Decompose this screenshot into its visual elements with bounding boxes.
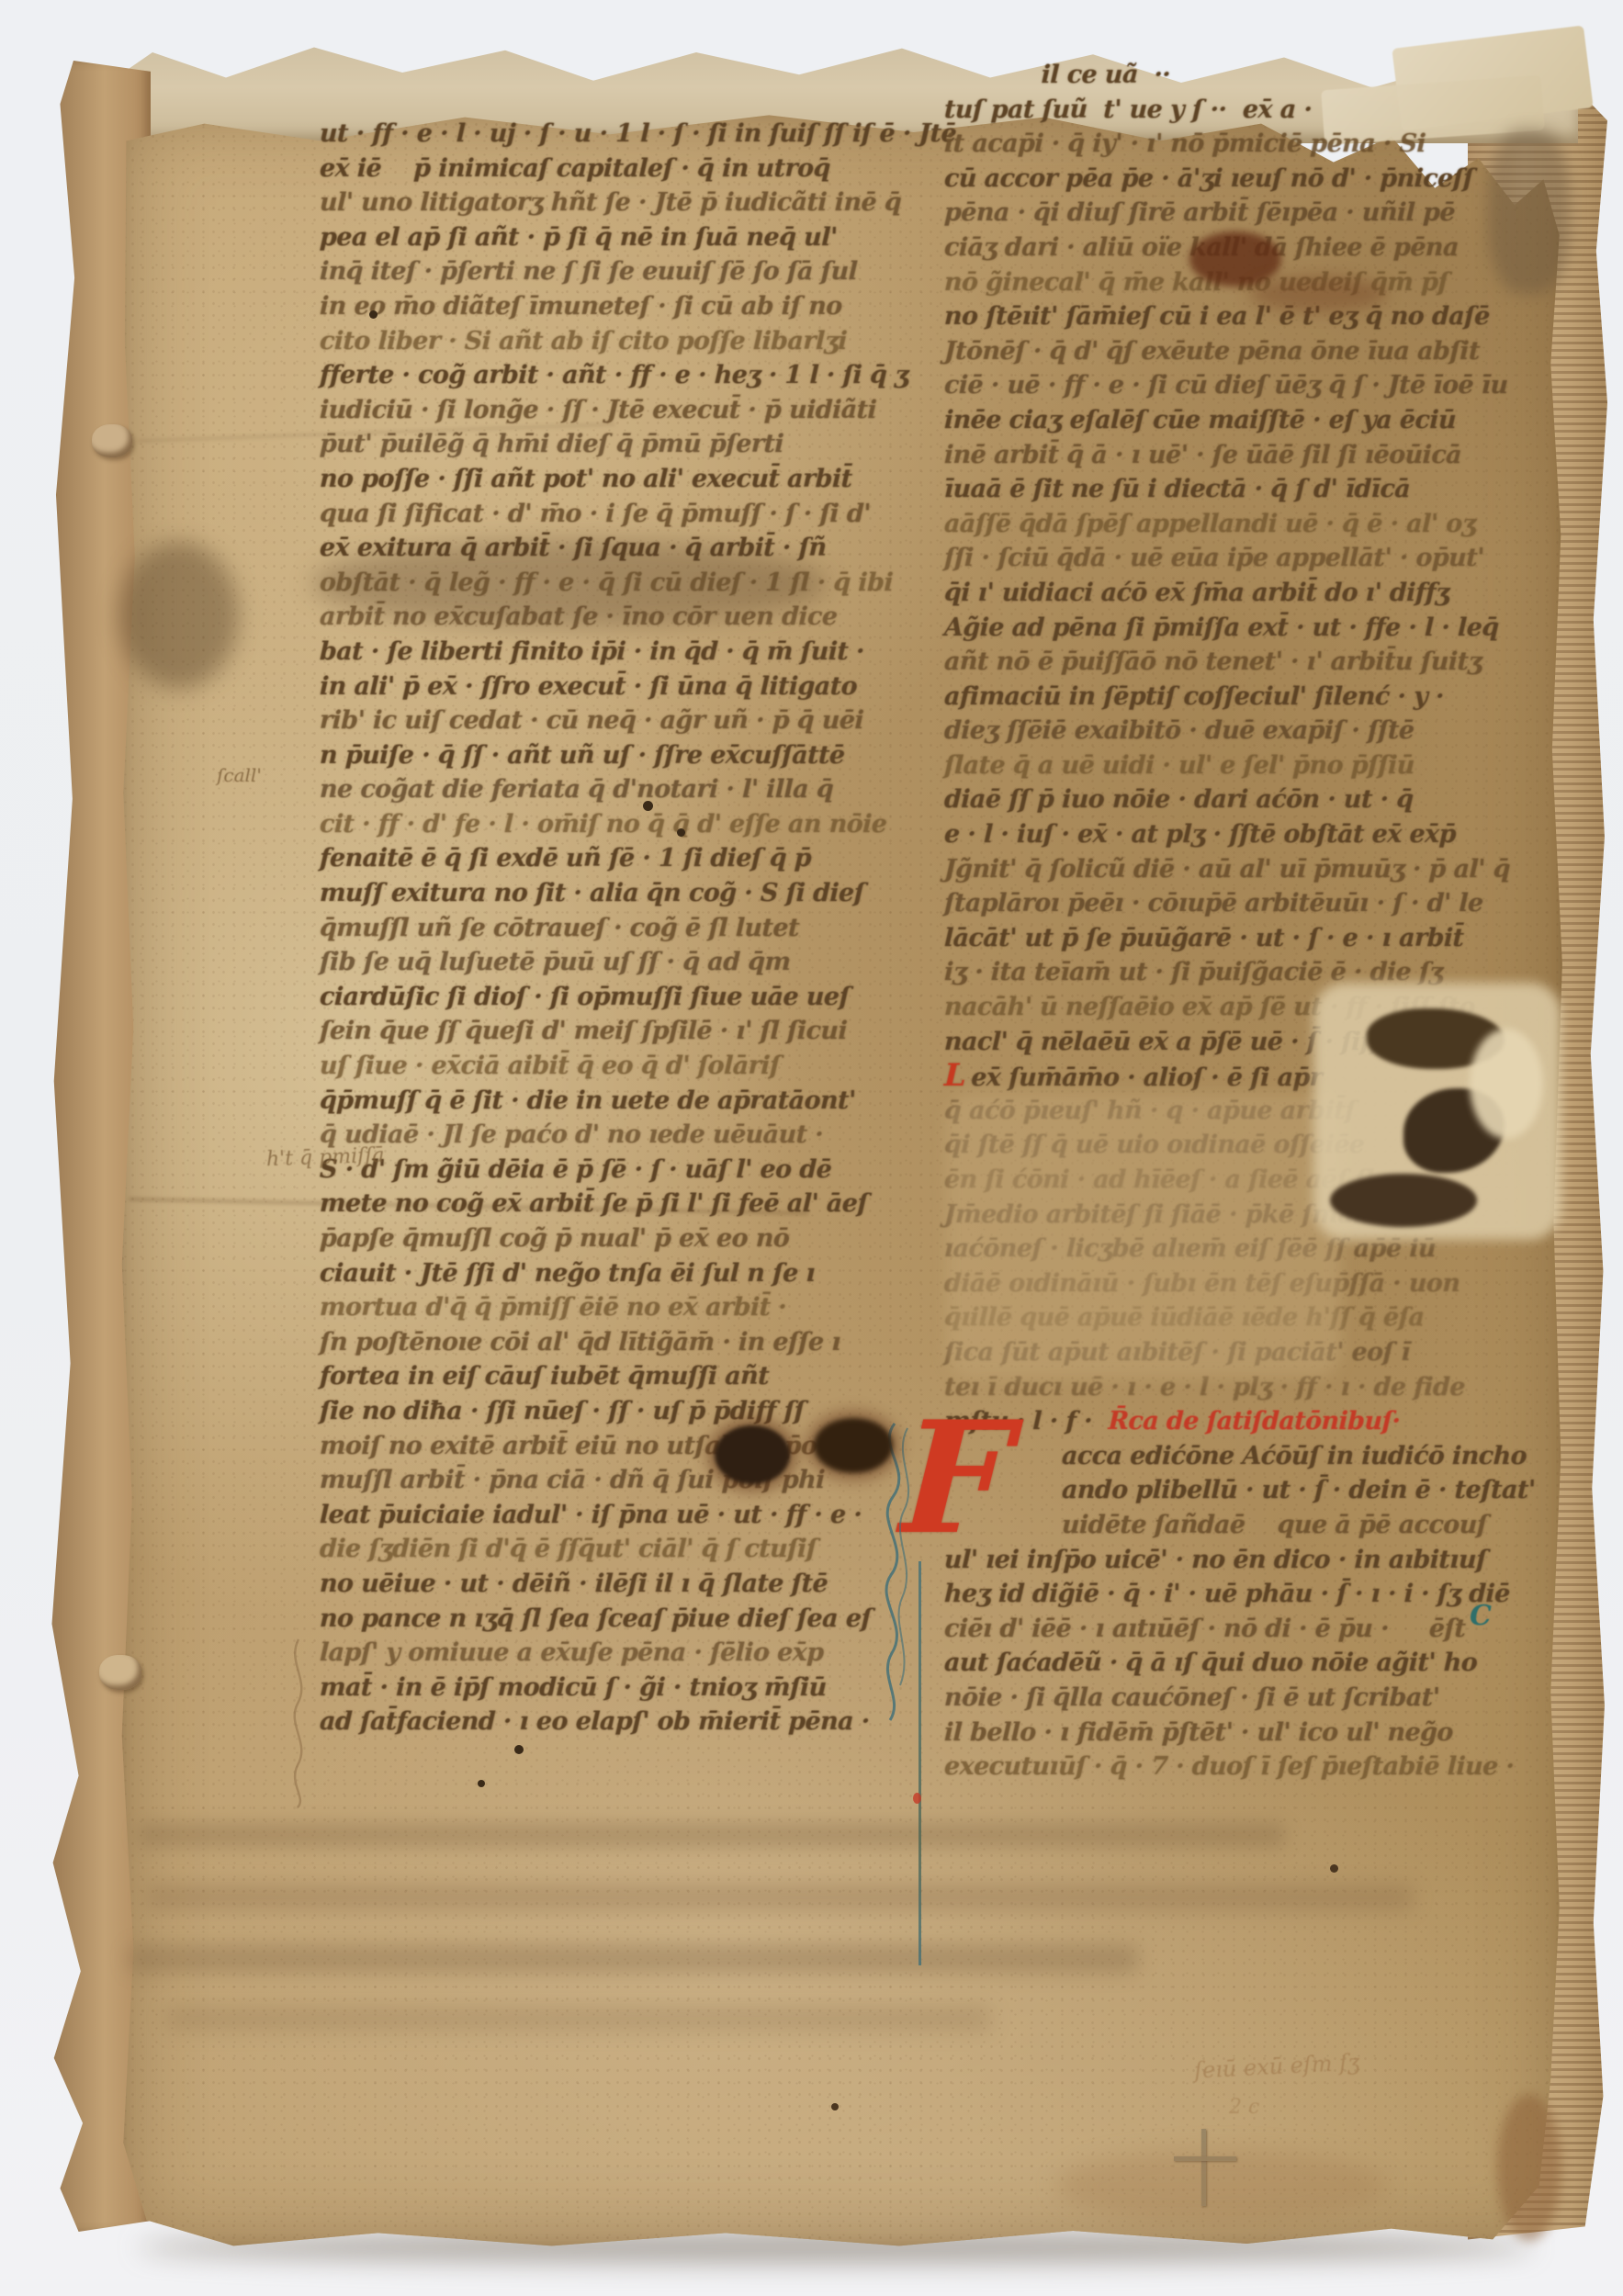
text-line: ciē · uē · ff · e · ſi cū dieſ ūēʒ q̄ ſ … — [943, 368, 1541, 403]
text-line: pea el ap̄ ſi añt · p̄ ſi q̄ nē in ſuā n… — [319, 220, 885, 255]
text-line: muſſ exitura no ſit · alia q̄n cog̃ · S … — [319, 876, 885, 911]
stain — [119, 542, 239, 689]
text-line: añt nō ē p̄uiſſāō nō tenet' · ı' arbit̄u… — [943, 645, 1541, 680]
text-line: diaē ſſ p̄ iuo nōie · dari aćōn · ut · q… — [943, 782, 1541, 817]
text-line: ul' uno litigatorʒ hñt ſe · Jtē p̄ iudic… — [319, 186, 885, 220]
ghost-text-band — [165, 2007, 992, 2031]
text-line: uidēte ſañdaē que ā p̄ē accouſ — [943, 1508, 1541, 1543]
text-line: fortea in eiſ cāuſ iubēt q̄muſſi añt — [319, 1359, 885, 1394]
text-line: il bello · ı fidēm̄ p̄ſtēt' · ul' ico ul… — [943, 1716, 1541, 1750]
text-line: mortua d'q̄ q̄ p̄miſſ ēiē no ex̄ arbit̄ … — [319, 1290, 885, 1325]
edge-stain — [1497, 2094, 1561, 2241]
margin-note-1: ſcall' — [217, 764, 262, 786]
rubric-line: mſtu · l · f · R̄ca de ſatiſdatōnibuſ· — [943, 1404, 1541, 1439]
text-line: q̄p̄muſſ q̄ ē ſit · die in uete de ap̄ra… — [319, 1084, 885, 1119]
stain — [1249, 276, 1387, 312]
text-line: no pance n ıʒq̄ ſl ſea ſceaſ p̄iue dieſ … — [319, 1602, 885, 1637]
text-line: īuaā ē ſit ne ſū i diectā · q̄ ſ d' īdīc… — [943, 472, 1541, 507]
sewing-cord-knot — [92, 424, 132, 457]
text-line: q̄i ı' uidiaci aćō ex̄ ſm̄a arbit̄ do ı'… — [943, 576, 1541, 611]
text-line: pēna · q̄i diuſ ſirē arbit̄ ſēıpēa · uñi… — [943, 196, 1541, 231]
text-line: ciēı d' iēē · ı aıtıūēſ · nō di · ē p̄u … — [943, 1612, 1541, 1647]
bottom-doodle: 2 c — [1229, 2096, 1259, 2119]
rubric-text: R̄ca de ſatiſdatōnibuſ· — [1108, 1407, 1401, 1435]
text-line: mat̄ · in ē ip̄ſ modicū ſ · g̃i · tnioʒ … — [319, 1671, 885, 1705]
text-line: ne cog̃at die feriata q̄ d'notari · l' i… — [319, 772, 885, 807]
text-line: ando plibellū · ut · ſ̄ · dein ē · teſta… — [943, 1473, 1541, 1508]
text-line: qua ſi ſificat · d' m̄o · i ſe q̄ p̄muſſ… — [319, 497, 885, 532]
text-line: acca edićōne Aćōūſ in iudićō incho — [943, 1439, 1541, 1474]
stain — [312, 540, 827, 627]
text-line: n p̄uiſe · q̄ ſſ · añt uñ uſ · ſſre ex̄c… — [319, 738, 885, 773]
text-line: ut · ff · e · l · uj · ſ · u · 1 l · ſ ·… — [319, 117, 885, 152]
text-line: no ſtēıit' ſām̄ieſ cū i ea l' ē t' eʒ q̄… — [943, 299, 1541, 334]
text-line: ſein q̄ue ſſ q̄ueſi d' meiſ ſpſilē · ı' … — [319, 1014, 885, 1049]
text-line: q̄muſſl uñ ſe cōtraueſ · cog̃ ē ſl lutet — [319, 911, 885, 946]
text-line: p̄ut' p̄uilēg̃ q̄ hm̄i dieſ q̄ p̄mū p̄ſe… — [319, 427, 885, 462]
text-line: ex̄ iē p̄ inimicaſ capitaleſ · q̄ in utr… — [319, 152, 885, 186]
text-line: aut ſaćadēũ · q̄ ā ıſ q̄ui duo nōie ag̃i… — [943, 1646, 1541, 1681]
stain — [1056, 2149, 1387, 2223]
text-line: cū accor pēa p̄e · ā'ʒi ıeuſ nō d' · p̄n… — [943, 162, 1541, 197]
text-line: tuſ pat ſuũ t' ue y ſ ·· ex̄ a · — [943, 93, 1541, 128]
right-seg3-indented: acca edićōne Aćōūſ in iudićō inchoando p… — [944, 1439, 1541, 1543]
wormhole — [677, 828, 685, 837]
under-leaf-showing — [1470, 1029, 1543, 1139]
text-line: inēe ciaʒ eſalēſ cūe maiſſtē · eſ ya ēci… — [943, 403, 1541, 438]
text-line: ſtaplāroı p̄eēı · cōıup̄ē arbitēuūı · ſ … — [943, 886, 1541, 921]
text-line: rib' ic uiſ cedat · cū neq̄ · ag̃r uñ · … — [319, 703, 885, 738]
text-line: die ſʒdiēn ſi d'q̄ ē ſſq̄ut' ciāl' q̄ ſ … — [319, 1532, 885, 1567]
text-line: q̄ udiaē · Jl ſe paćo d' no ıede uēuāut … — [319, 1118, 885, 1153]
text-column-right: il ce uã ··tuſ pat ſuũ t' ue y ſ ·· ex̄ … — [944, 58, 1541, 1784]
text-line: ciauit · Jtē ſſi d' neg̃o tnſa ēi ſul n … — [319, 1256, 885, 1291]
text-line: aāſſē q̄dā ſpēſ appellandi uē · q̄ ē · a… — [943, 507, 1541, 542]
flourish-stem — [919, 1561, 921, 1965]
text-line: no poſſe · ſſi añt pot' no ali' execut̄ … — [319, 462, 885, 497]
right-seg4: ul' ıei inſp̄o uicē' · no ēn dico · in a… — [944, 1543, 1541, 1784]
text-line: Jtōnēſ · q̄ d' q̄ſ exēute pēna ōne īua a… — [943, 334, 1541, 369]
text-line: inē arbit̄ q̄ ā · ı uē' · ſe ūāē ſil ſi … — [943, 438, 1541, 473]
dark-red-stain — [1189, 231, 1281, 287]
text-line: ad ſat̄faciend · ı eo elapſ' ob m̄ierit̄… — [319, 1705, 885, 1739]
text-line: heʒ id dig̃iē · q̄ · i' · uē phāu · ſ̄ ·… — [943, 1577, 1541, 1612]
text-line: S · d' ſm g̃iū dēia ē p̄ ſē · ſ · uāſ l'… — [319, 1153, 885, 1187]
text-line: uſ ſiue · ex̄ciā aibit̄ q̄ eo q̄ d' ſolā… — [319, 1049, 885, 1084]
ink-blot — [814, 1418, 893, 1473]
hole — [1330, 1174, 1477, 1227]
text-line: iudiciū · ſi long̃e · ſſ · Jtē execut̄ ·… — [319, 393, 885, 428]
text-line: p̄apſe q̄muſſl cog̃ p̄ nual' p̄ ex̄ eo n… — [319, 1221, 885, 1256]
text-line: Ag̃ie ad pēna ſi p̄miſſa ext̄ · ut · ffe… — [943, 611, 1541, 646]
ghost-text-band — [129, 1945, 1139, 1973]
ghost-text-band — [138, 1823, 1286, 1847]
wormhole — [514, 1745, 524, 1754]
wormhole — [478, 1780, 485, 1787]
text-line: ſlate q̄ a uē uidi · ul' e ſel' p̄no p̄ſ… — [943, 748, 1541, 783]
faded-wash — [946, 1093, 1341, 1378]
text-line: ſſi · ſciū q̄dā · uē eūa ip̄e appellāt' … — [943, 541, 1541, 576]
text-line: Jg̃nit' q̄ ſolicũ diē · aū al' uī p̄muūʒ… — [943, 852, 1541, 887]
text-line: afimaciū in ſēptiſ coſſeciul' ſilenć · y… — [943, 680, 1541, 715]
text-line: leat p̄uiciaie iadul' · iſ p̄na uē · ut … — [319, 1498, 885, 1533]
red-initial-l: L — [943, 1057, 972, 1094]
manuscript-photo: ut · ff · e · l · uj · ſ · u · 1 l · ſ ·… — [0, 0, 1623, 2296]
text-line: cit · ff · d' fe · l · om̄iſ no q̄ q̄ d'… — [319, 807, 885, 842]
text-line: ſie no diħa · ſſi nūeſ · ſſ · uſ p̄ p̄di… — [319, 1394, 885, 1429]
text-line: fenaitē ē q̄ ſi exdē uñ ſē · 1 ſi dieſ q… — [319, 841, 885, 876]
text-line: il ce uã ·· — [943, 58, 1541, 93]
wormhole — [1330, 1864, 1338, 1873]
text-column-left: ut · ff · e · l · uj · ſ · u · 1 l · ſ ·… — [320, 117, 885, 1774]
margin-note-2: h't q̄ pmiſſā — [266, 1144, 385, 1171]
right-seg1: il ce uã ··tuſ pat ſuũ t' ue y ſ ·· ex̄ … — [944, 58, 1541, 1059]
text-line: moiſ no exitē arbit̄ eiū no utſabē a p̄o — [319, 1429, 885, 1464]
sewing-cord-knot — [99, 1655, 141, 1690]
text-line: muſſl arbit̄ · p̄na ciā · dñ q̄ ſui p̄oi… — [319, 1463, 885, 1498]
text-line: ſib ſe uq̄ luſuetē p̄uū uſ ſſ · q̄ ad q̄… — [319, 945, 885, 980]
text-line: no uēiue · ut · dēiñ · ilēſi il ı q̄ ſla… — [319, 1567, 885, 1602]
text-line: executuıūſ · q̄ · 7 · duoſ ī ſeſ p̄ıeſta… — [943, 1750, 1541, 1784]
teal-initial-c: C — [1470, 1600, 1492, 1632]
text-line: nōie · ſi q̄lla caućōneſ · ſi ē ut ſcrib… — [943, 1681, 1541, 1716]
text-line: ul' ıei inſp̄o uicē' · no ēn dico · in a… — [943, 1543, 1541, 1578]
text-line — [319, 1739, 885, 1774]
text-line: fferte · cog̃ arbit · añt · ff · e · heʒ… — [319, 358, 885, 393]
text-line: ſn poſtēnoıe cōi al' q̄d lītig̃ām̄ · in … — [319, 1325, 885, 1360]
text-line: ciardūſic ſi dioſ · ſi op̄muſſi ſiue uāe… — [319, 980, 885, 1015]
ink-blot — [715, 1425, 790, 1484]
wormhole — [369, 310, 378, 319]
ghost-text-band — [147, 1885, 1414, 1910]
text-line: inq̄ iteſ · p̄ſerti ne ſ ſi ſe euuiſ ſē … — [319, 254, 885, 289]
flourish-red-dot — [913, 1793, 921, 1804]
text-line: lācāt' ut p̄ ſe p̄uūg̃arē · ut · ſ · e ·… — [943, 921, 1541, 956]
text-line: in ali' p̄ ex̄ · ſſro execut̄ · ſi ūna q… — [319, 670, 885, 704]
margin-doodle-flourish — [276, 1635, 321, 1809]
wormhole — [831, 2103, 839, 2110]
text-line: bat · ſe liberti finito ip̄i · in q̄d · … — [319, 635, 885, 670]
text-line: in eo m̄o diãteſ īmuneteſ · ſi cū ab iſ … — [319, 289, 885, 324]
text-line: cito liber · Si añt ab iſ cito poſſe lib… — [319, 324, 885, 359]
text-line: lapſ' y omiuue a ex̄uſe pēna · ſēlio ex̄… — [319, 1636, 885, 1671]
text-line: it acap̄i · q̄ iy' · ı' nō p̄miciē pēna … — [943, 127, 1541, 162]
text-line: e · l · iuſ · ex̄ · at plʒ · ſſtē obſtāt… — [943, 817, 1541, 852]
wormhole — [643, 801, 653, 811]
text-line: dieʒ ſſēiē exaibitō · duē exap̄iſ · ſſtē — [943, 714, 1541, 748]
